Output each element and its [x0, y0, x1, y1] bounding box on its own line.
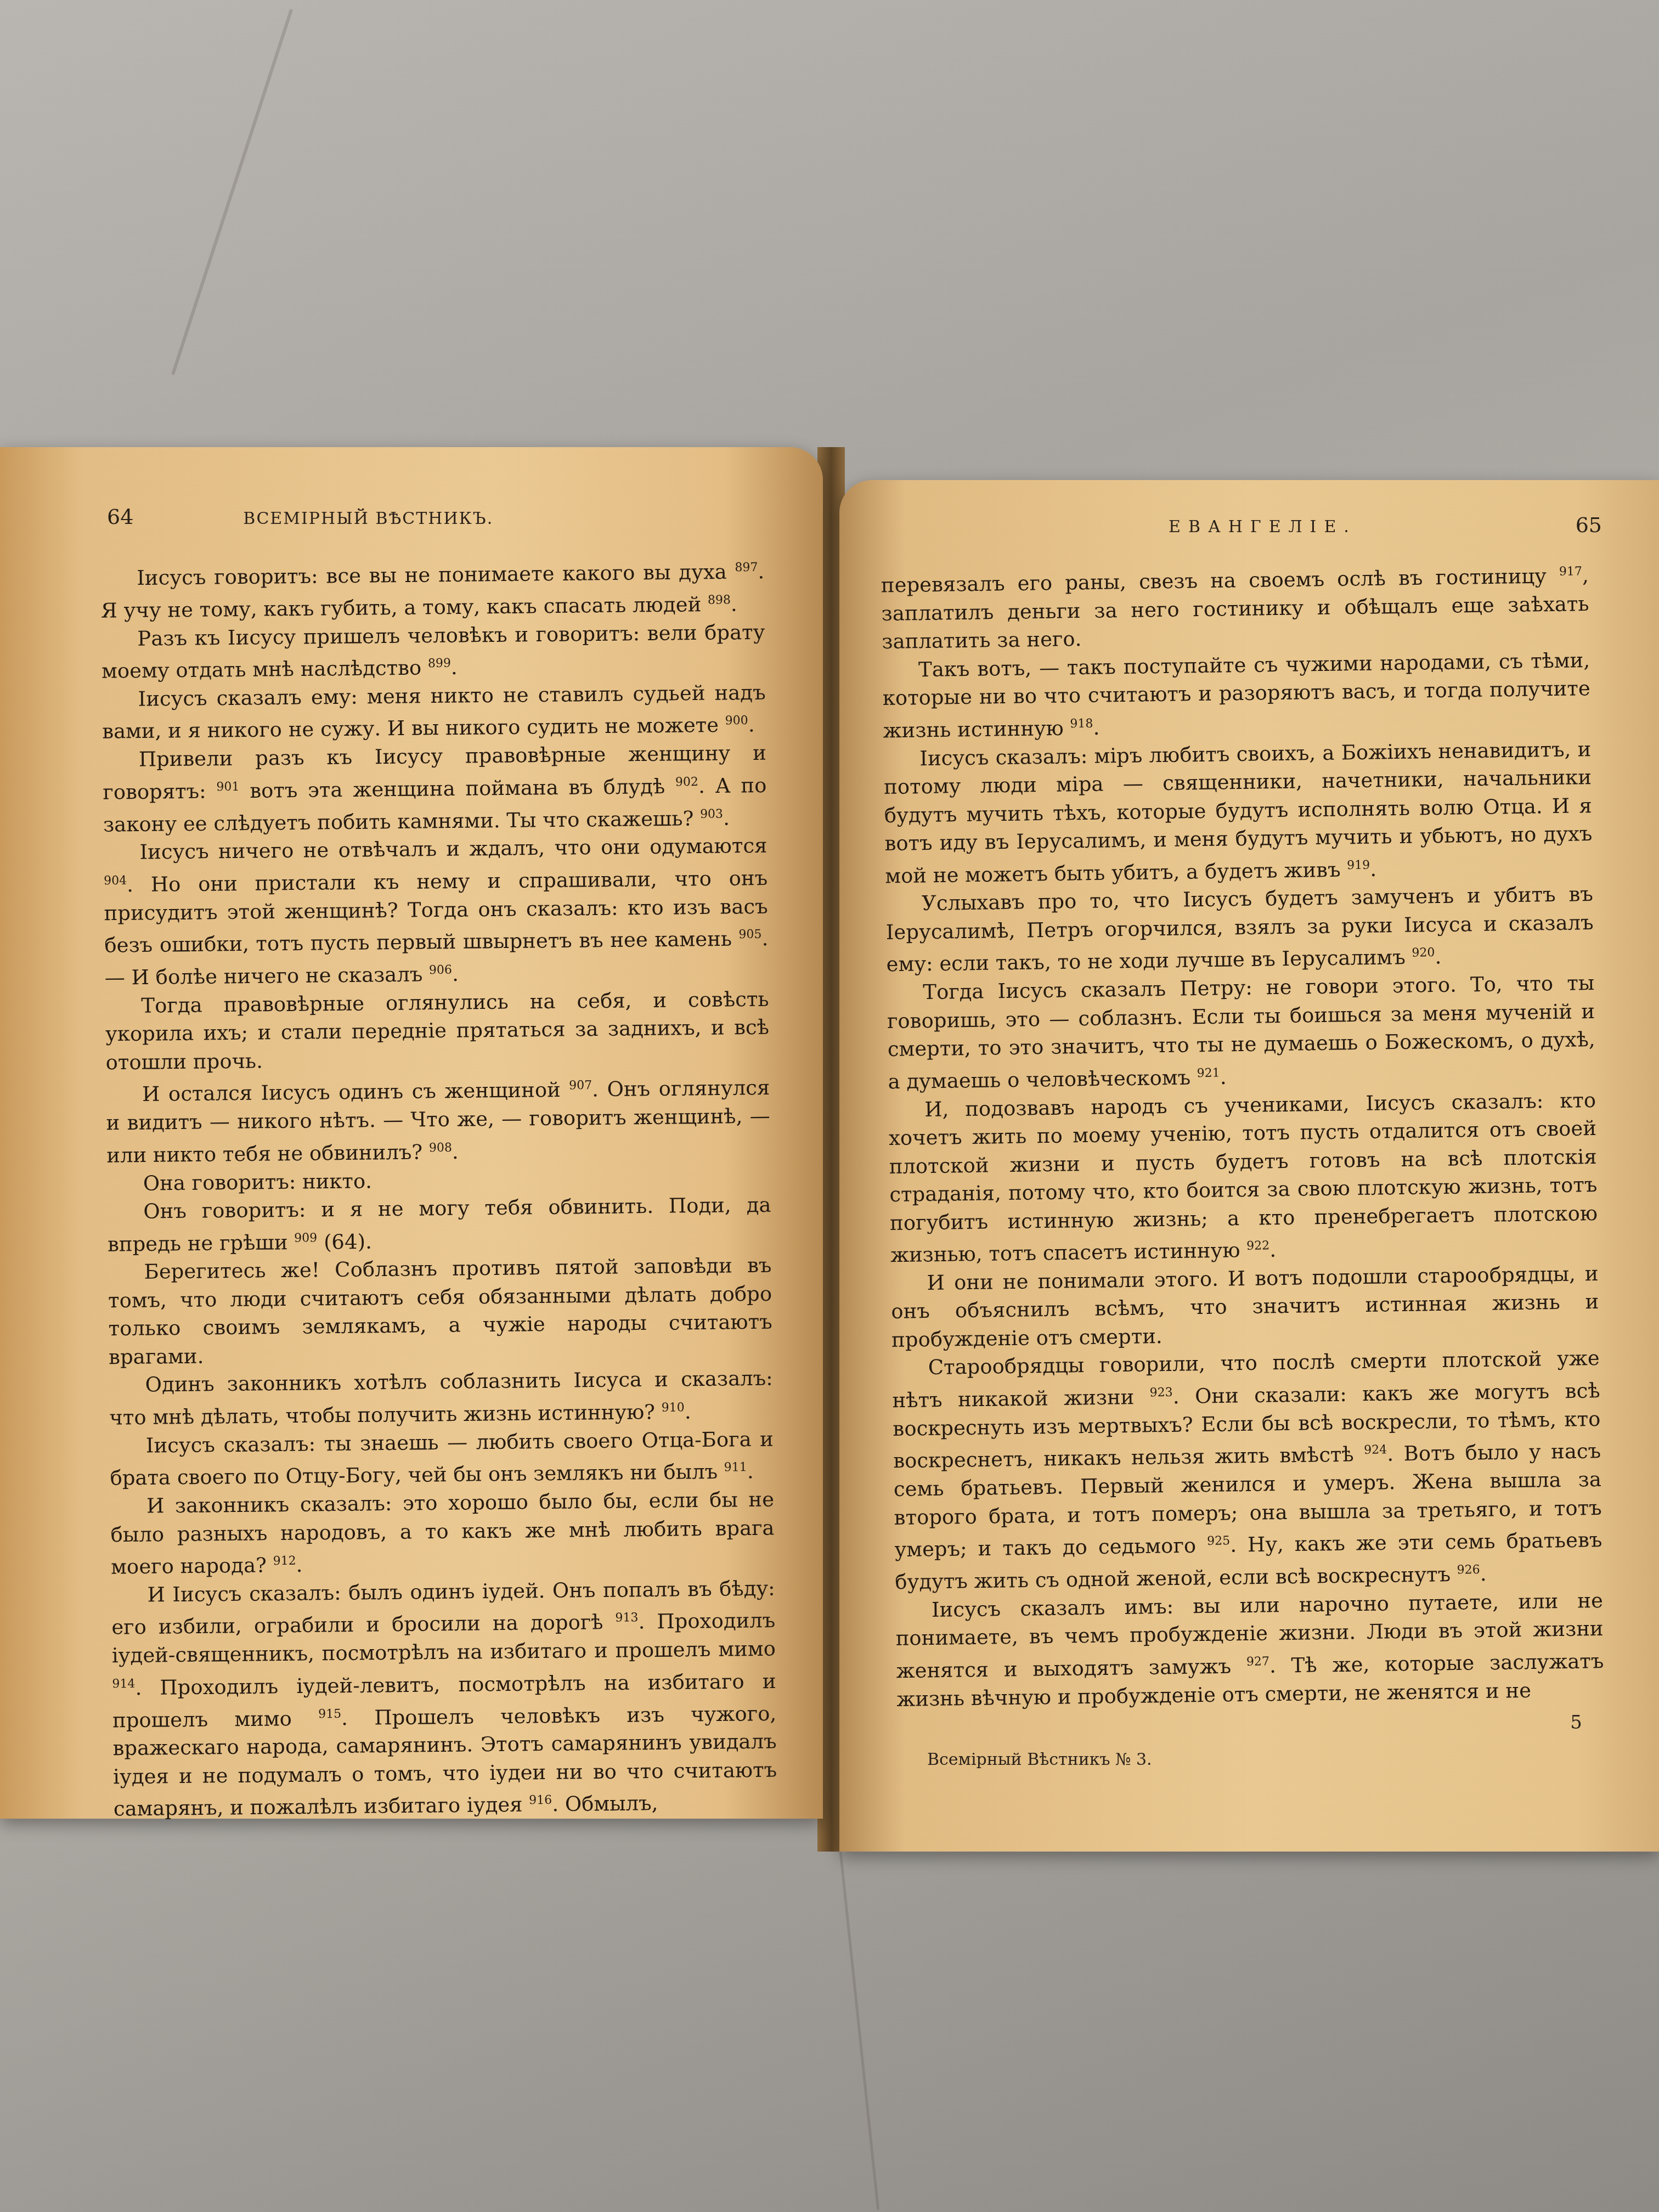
- paragraph: Іисусъ сказалъ ему: меня никто не ставил…: [101, 679, 766, 746]
- paragraph: Услыхавъ про то, что Іисусъ будетъ замуч…: [885, 881, 1594, 979]
- paragraph: И остался Іисусъ одинъ съ женщиной 907. …: [106, 1070, 771, 1170]
- paragraph: перевязалъ его раны, свезъ на своемъ осл…: [881, 557, 1589, 656]
- paragraph: Привели разъ къ Іисусу правовѣрные женщи…: [103, 739, 768, 839]
- footer-imprint: Всемірный Вѣстникъ № 3.: [927, 1750, 1152, 1769]
- paragraph: Такъ вотъ, — такъ поступайте съ чужими н…: [882, 646, 1591, 745]
- left-page-body: Іисусъ говоритъ: все вы не понимаете как…: [100, 554, 777, 1824]
- paragraph: Одинъ законникъ хотѣлъ соблазнить Іисуса…: [109, 1364, 773, 1432]
- paragraph: Старообрядцы говорили, что послѣ смерти …: [892, 1344, 1603, 1596]
- footnote-ref: 907: [569, 1079, 592, 1093]
- right-page: ЕВАНГЕЛІЕ. 65 перевязалъ его раны, свезъ…: [839, 480, 1659, 1852]
- footnote-ref: 898: [708, 593, 731, 607]
- footnote-ref: 913: [615, 1611, 638, 1625]
- footnote-ref: 911: [724, 1460, 747, 1474]
- footnote-ref: 915: [318, 1707, 341, 1720]
- footnote-ref: 903: [700, 807, 723, 821]
- left-page-number: 64: [107, 505, 133, 529]
- background-crack: [171, 9, 293, 375]
- paragraph: И Іисусъ сказалъ: былъ одинъ іудей. Онъ …: [111, 1575, 777, 1824]
- footnote-ref: 924: [1364, 1443, 1387, 1458]
- right-running-head: ЕВАНГЕЛІЕ. 65: [900, 513, 1602, 537]
- footnote-ref: 897: [735, 561, 758, 574]
- paragraph: Іисусъ ничего не отвѣчалъ и ждалъ, что о…: [103, 832, 769, 992]
- paragraph: Іисусъ сказалъ: міръ любитъ своихъ, а Бо…: [883, 735, 1593, 890]
- paragraph: Іисусъ сказалъ имъ: вы или нарочно путае…: [895, 1587, 1605, 1713]
- open-book: 64 ВСЕМІРНЫЙ ВѢСТНИКЪ. Іисусъ говоритъ: …: [0, 447, 1659, 1841]
- footnote-ref: 919: [1347, 858, 1370, 872]
- footnote-ref: 900: [725, 714, 748, 728]
- paragraph: Іисусъ сказалъ: ты знаешь — любить своег…: [110, 1425, 774, 1492]
- paragraph: Тогда правовѣрные оглянулись на себя, и …: [105, 985, 770, 1077]
- footnote-ref: 914: [112, 1677, 135, 1691]
- paragraph: И законникъ сказалъ: это хорошо было бы,…: [110, 1486, 775, 1581]
- paragraph: И, подозвавъ народъ съ учениками, Іисусъ…: [888, 1086, 1598, 1269]
- paragraph: Онъ говоритъ: и я не могу тебя обвинить.…: [107, 1191, 771, 1259]
- left-running-head: 64 ВСЕМІРНЫЙ ВѢСТНИКЪ.: [107, 505, 776, 529]
- footnote-ref: 904: [104, 874, 127, 888]
- footnote-ref: 912: [273, 1554, 296, 1568]
- footnote-ref: 917: [1559, 565, 1582, 579]
- footnote-ref: 926: [1457, 1563, 1480, 1577]
- footnote-ref: 925: [1207, 1534, 1230, 1549]
- footnote-ref: 906: [429, 963, 452, 977]
- left-page: 64 ВСЕМІРНЫЙ ВѢСТНИКЪ. Іисусъ говоритъ: …: [0, 447, 823, 1819]
- footnote-ref: 908: [429, 1141, 452, 1155]
- footnote-ref: 923: [1150, 1386, 1173, 1400]
- footnote-ref: 916: [529, 1793, 552, 1807]
- footnote-ref: 922: [1246, 1239, 1269, 1253]
- paragraph: Берегитесь же! Соблазнъ противъ пятой за…: [108, 1251, 772, 1372]
- paragraph: И они не понимали этого. И вотъ подошли …: [890, 1260, 1599, 1354]
- right-running-title: ЕВАНГЕЛІЕ.: [1169, 517, 1357, 537]
- footnote-ref: 905: [738, 928, 761, 941]
- footnote-ref: 899: [428, 657, 451, 670]
- footnote-ref: 902: [675, 775, 698, 789]
- footnote-ref: 910: [662, 1401, 685, 1414]
- background-crack: [835, 1812, 879, 2210]
- footnote-ref: 927: [1246, 1655, 1269, 1669]
- footnote-ref: 920: [1412, 946, 1435, 961]
- footnote-ref: 909: [294, 1231, 317, 1245]
- footnote-ref: 901: [216, 780, 239, 794]
- right-page-body: перевязалъ его раны, свезъ на своемъ осл…: [881, 557, 1604, 1713]
- signature-mark: 5: [1570, 1712, 1582, 1734]
- paragraph: Разъ къ Іисусу пришелъ человѣкъ и говори…: [101, 618, 765, 685]
- footnote-ref: 921: [1197, 1066, 1220, 1080]
- paragraph: Іисусъ говоритъ: все вы не понимаете как…: [100, 554, 765, 625]
- page-footer: Всемірный Вѣстникъ № 3.: [927, 1750, 1585, 1769]
- right-page-number: 65: [1576, 513, 1602, 537]
- footnote-ref: 918: [1070, 717, 1093, 731]
- paragraph: Тогда Іисусъ сказалъ Петру: не говори эт…: [887, 969, 1596, 1096]
- left-running-title: ВСЕМІРНЫЙ ВѢСТНИКЪ.: [243, 509, 493, 528]
